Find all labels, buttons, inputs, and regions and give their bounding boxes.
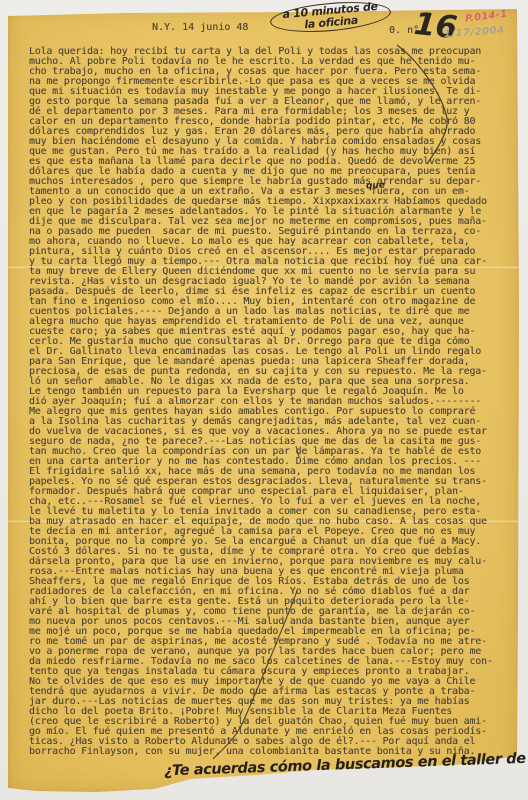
handwritten-insertion: que <box>366 181 385 192</box>
typed-place-date: N.Y. 14 junio 48 <box>152 22 248 33</box>
scan-background: N.Y. 14 junio 48 0. n° 16 a 10 minutos d… <box>0 0 528 800</box>
handwritten-letter-number: 16 <box>412 6 459 46</box>
letter-body: Lola querida: hoy recibí tu carta y la d… <box>29 47 515 757</box>
